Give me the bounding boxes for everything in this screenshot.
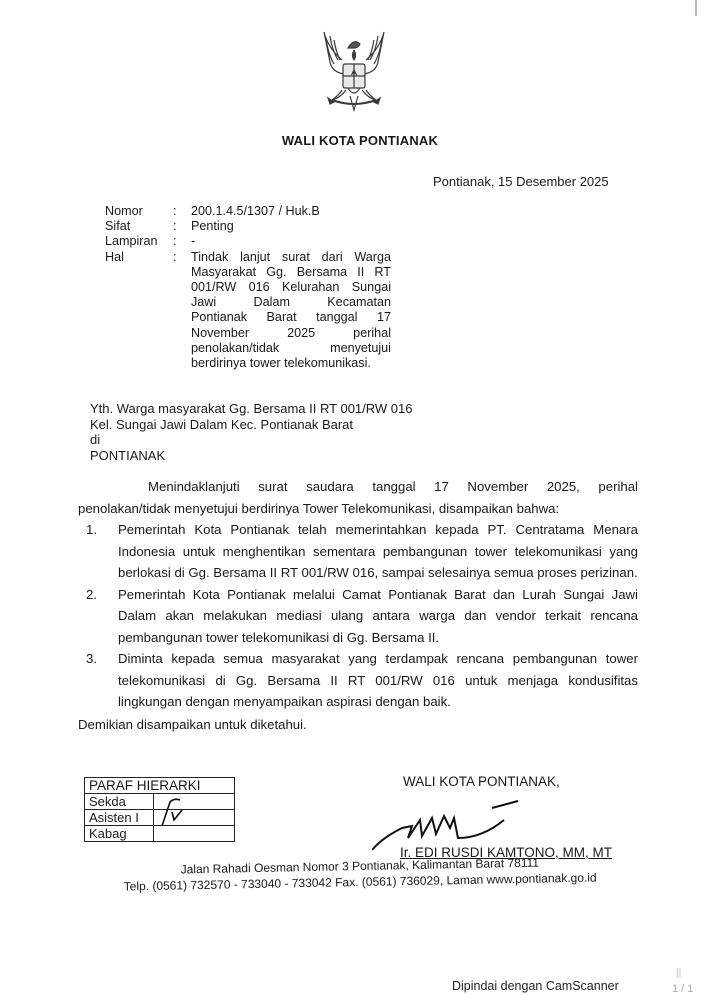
letter-body: Menindaklanjuti surat saudara tanggal 17… [78,476,638,735]
letter-nature: Penting [191,219,391,234]
letterhead-title: WALI KOTA PONTIANAK [0,133,720,148]
camscanner-watermark: Dipindai dengan CamScanner [452,979,619,993]
list-item: 1. Pemerintah Kota Pontianak telah memer… [78,519,638,584]
recipient-city: PONTIANAK [90,448,413,464]
subject-line: berdirinya tower telekomunikasi. [191,356,391,371]
meta-colon: : [169,204,191,219]
meta-colon: : [169,234,191,249]
subject-line: 001/RW 016 Kelurahan Sungai [191,280,391,295]
meta-colon: : [169,219,191,234]
list-text: Diminta kepada semua masyarakat yang ter… [110,648,638,713]
paraf-row-label: Kabag [85,826,154,842]
letter-date: Pontianak, 15 Desember 2025 [433,174,609,189]
recipient-line: Yth. Warga masyarakat Gg. Bersama II RT … [90,401,413,417]
meta-row-hal: Hal : Tindak lanjut surat dari Warga Mas… [105,250,391,372]
scan-edge-mark [695,0,697,16]
signatory-title: WALI KOTA PONTIANAK, [403,774,560,789]
meta-colon: : [169,250,191,372]
paraf-hierarki-table: PARAF HIERARKI Sekda Asisten I Kabag [84,777,235,842]
meta-label: Sifat [105,219,169,234]
recipient-block: Yth. Warga masyarakat Gg. Bersama II RT … [90,401,413,463]
meta-label: Nomor [105,204,169,219]
meta-label: Hal [105,250,169,372]
list-item: 2. Pemerintah Kota Pontianak melalui Cam… [78,584,638,649]
recipient-line: di [90,432,413,448]
paraf-row-label: Sekda [85,794,154,810]
letter-metadata: Nomor : 200.1.4.5/1307 / Huk.B Sifat : P… [105,204,391,371]
letter-attachment: - [191,234,391,249]
list-number: 3. [78,648,110,713]
subject-line: Pontianak Barat tanggal 17 [191,310,391,325]
meta-row-lampiran: Lampiran : - [105,234,391,249]
meta-row-nomor: Nomor : 200.1.4.5/1307 / Huk.B [105,204,391,219]
meta-label: Lampiran [105,234,169,249]
letter-subject: Tindak lanjut surat dari Warga Masyaraka… [191,250,391,372]
initial-mark-icon [158,790,198,830]
opening-paragraph-line1: Menindaklanjuti surat saudara tanggal 17… [78,476,638,498]
subject-line: November 2025 perihal [191,326,391,341]
list-text: Pemerintah Kota Pontianak telah memerint… [110,519,638,584]
scan-artifact: || [676,968,681,979]
points-list: 1. Pemerintah Kota Pontianak telah memer… [78,519,638,713]
subject-line: penolakan/tidak menyetujui [191,341,391,356]
list-number: 1. [78,519,110,584]
page-indicator: 1 / 1 [672,983,693,995]
subject-line: Jawi Dalam Kecamatan [191,295,391,310]
letterhead-footer: Jalan Rahadi Oesman Nomor 3 Pontianak, K… [0,851,720,897]
opening-paragraph-line2: penolakan/tidak menyetujui berdirinya To… [78,498,638,520]
subject-line: Masyarakat Gg. Bersama II RT [191,265,391,280]
subject-line: Tindak lanjut surat dari Warga [191,250,391,265]
recipient-line: Kel. Sungai Jawi Dalam Kec. Pontianak Ba… [90,417,413,433]
paraf-row-label: Asisten I [85,810,154,826]
list-text: Pemerintah Kota Pontianak melalui Camat … [110,584,638,649]
meta-row-sifat: Sifat : Penting [105,219,391,234]
closing-sentence: Demikian disampaikan untuk diketahui. [78,714,638,736]
paraf-initial-cell [154,810,235,826]
list-item: 3. Diminta kepada semua masyarakat yang … [78,648,638,713]
paraf-initial-cell [154,826,235,842]
list-number: 2. [78,584,110,649]
letter-number: 200.1.4.5/1307 / Huk.B [191,204,391,219]
garuda-emblem-icon [318,30,390,120]
